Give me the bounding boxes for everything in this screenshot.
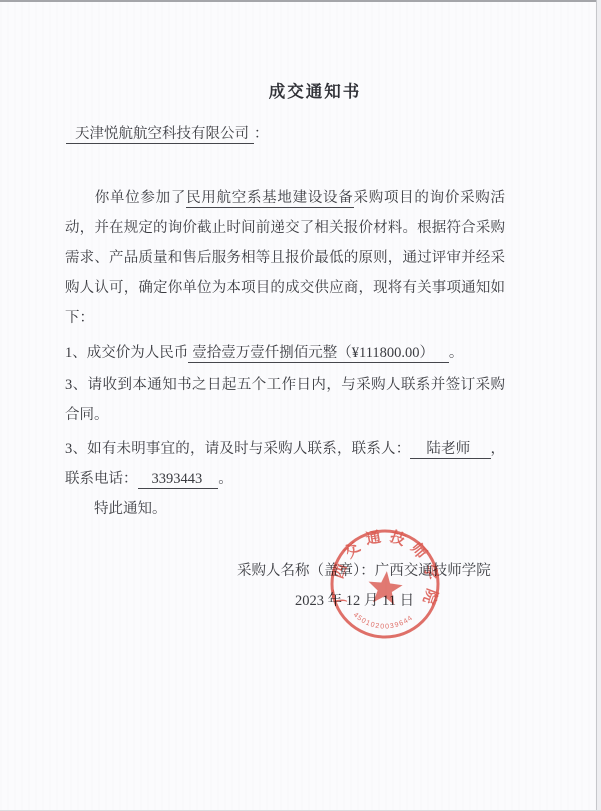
item-3-prefix: 3、如有未明事宜的，请及时与采购人联系，联系人： xyxy=(65,441,410,457)
scan-right-edge xyxy=(597,0,601,811)
recipient-colon: ： xyxy=(254,126,269,142)
scanned-notice-page: 成交通知书 天津悦航航空科技有限公司： 你单位参加了民用航空系基地建设设备采购项… xyxy=(0,0,601,811)
official-seal-stamp: 广西交通技师学院 4501020039644 xyxy=(320,519,450,649)
recipient-line: 天津悦航航空科技有限公司： xyxy=(65,119,505,149)
item-1-suffix: 。 xyxy=(449,345,464,361)
contact-person-underlined: 陆老师 xyxy=(410,441,490,459)
item-1-prefix: 1、成交价为人民币 xyxy=(65,345,188,361)
item-2-sign-contract: 3、请收到本通知书之日起五个工作日内，与采购人联系并签订采购合同。 xyxy=(65,370,505,430)
paragraph-rest: 采购项目的询价采购活动，并在规定的询价截止时间前递交了相关报价材料。根据符合采购… xyxy=(65,190,505,326)
closing-text: 特此通知。 xyxy=(94,501,167,517)
star-icon xyxy=(366,569,403,605)
item-3-suffix: 。 xyxy=(218,471,233,487)
item-1-price: 1、成交价为人民币壹拾壹万壹仟捌佰元整（¥111800.00）。 xyxy=(65,338,505,368)
seal-ring-text: 广西交通技师学院 xyxy=(328,526,442,613)
paragraph-lead: 你单位参加了 xyxy=(94,190,186,206)
project-name-underlined: 民用航空系基地建设设备 xyxy=(186,190,353,208)
body-paragraph: 你单位参加了民用航空系基地建设设备采购项目的询价采购活动，并在规定的询价截止时间… xyxy=(65,183,505,333)
recipient-company-name: 天津悦航航空科技有限公司 xyxy=(66,126,254,144)
scan-right-edge-line xyxy=(596,0,597,811)
seal-code-text: 4501020039644 xyxy=(352,611,415,630)
award-amount-underlined: 壹拾壹万壹仟捌佰元整（¥111800.00） xyxy=(188,345,449,363)
item-3-contact: 3、如有未明事宜的，请及时与采购人联系，联系人：陆老师，联系电话：3393443… xyxy=(65,434,505,494)
contact-phone-underlined: 3393443 xyxy=(138,471,219,489)
document-title: 成交通知书 xyxy=(95,0,535,102)
